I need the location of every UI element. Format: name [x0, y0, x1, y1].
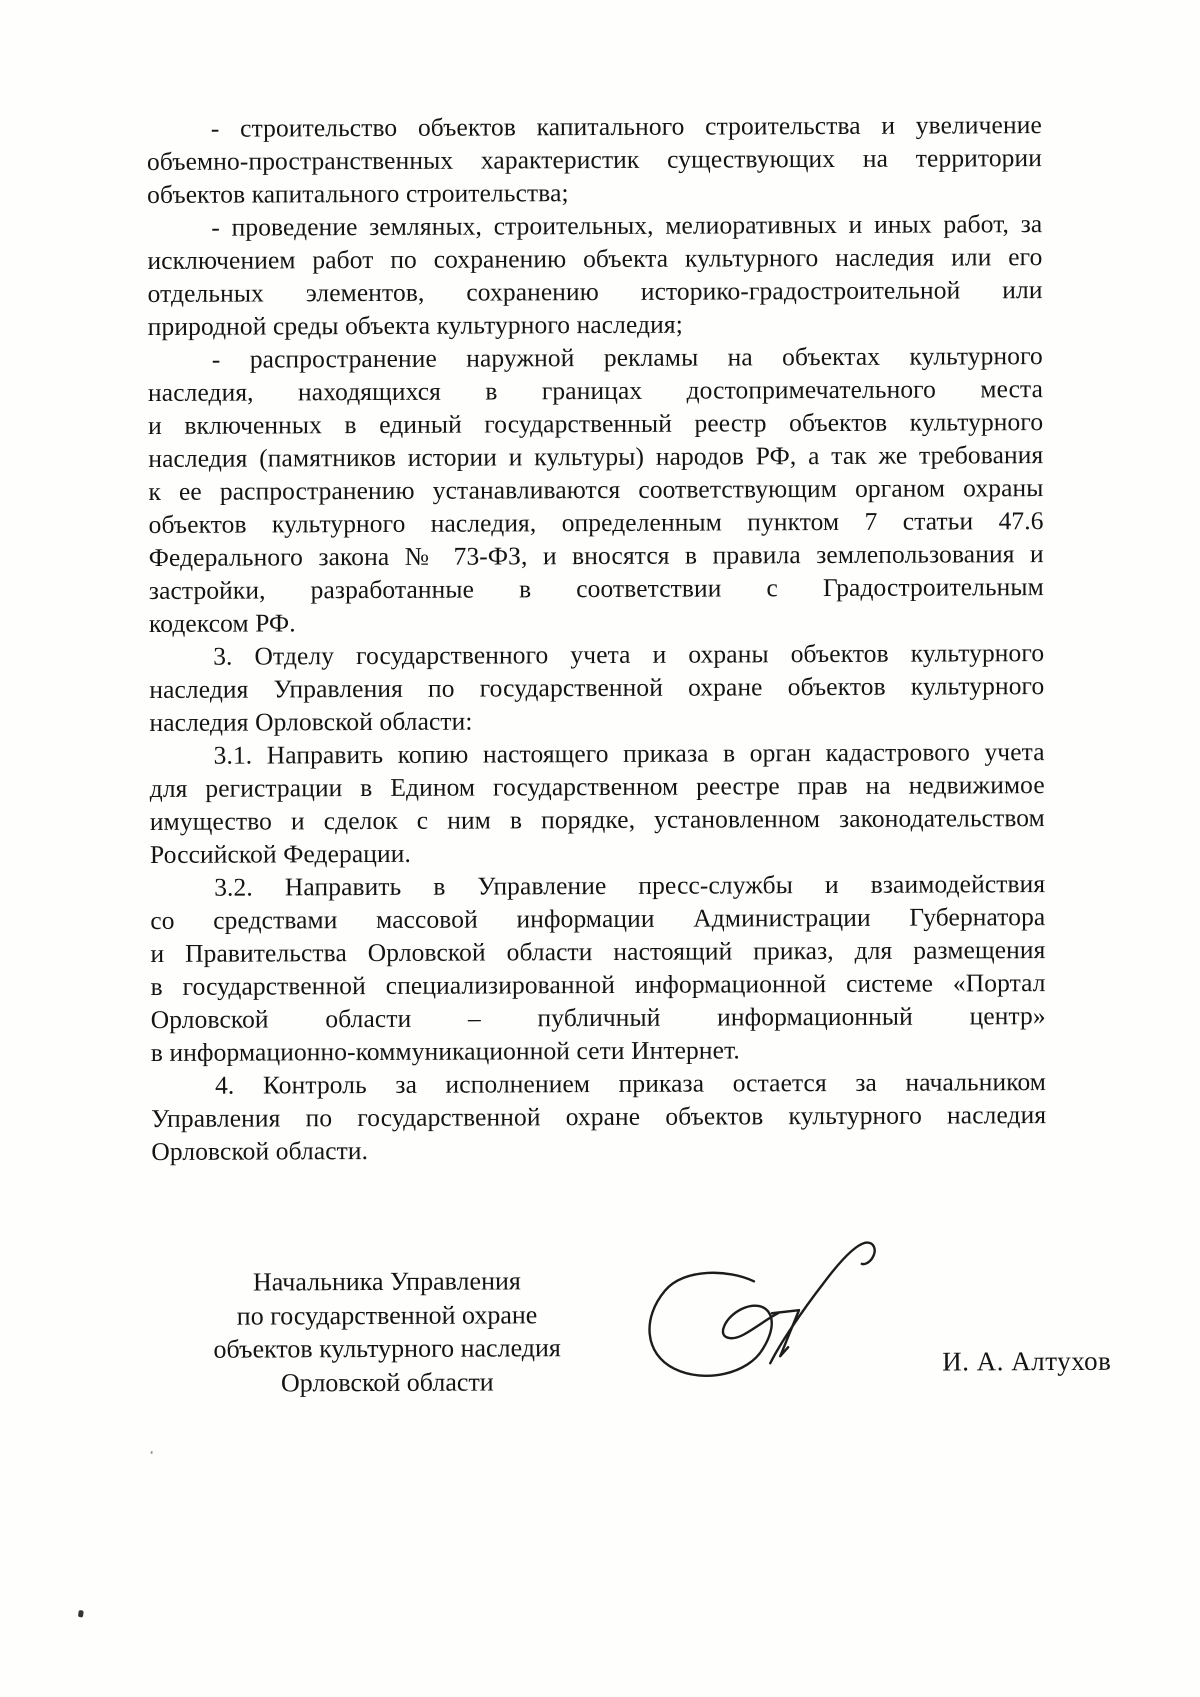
text-line: к ее распространению устанавливаются соо… [148, 471, 1043, 508]
text-line: в информационно-коммуникационной сети Ин… [151, 1032, 1046, 1069]
text-line: объектов капитального строительства; [147, 174, 1042, 211]
text-line: наследия Управления по государственной о… [149, 669, 1044, 706]
text-line: Орловской области – публичный информацио… [151, 999, 1046, 1036]
signature-title-block: Начальника Управленияпо государственной … [188, 1264, 587, 1400]
text-line: - строительство объектов капитального ст… [147, 108, 1042, 145]
signature-title-line: по государственной охране [188, 1298, 586, 1333]
text-line: природной среды объекта культурного насл… [148, 306, 1043, 343]
text-line: Российской Федерации. [150, 834, 1045, 871]
paragraph: 3.2. Направить в Управление пресс-службы… [150, 867, 1046, 1069]
text-line: в государственной специализированной инф… [151, 966, 1046, 1003]
text-line: и включенных в единый государственный ре… [148, 405, 1043, 442]
document-body: - строительство объектов капитального ст… [147, 108, 1047, 1168]
signatory-name: И. А. Алтухов [942, 1346, 1111, 1378]
text-line: со средствами массовой информации Админи… [150, 900, 1045, 937]
text-line: наследия, находящихся в границах достопр… [148, 372, 1043, 409]
text-line: объектов культурного наследия, определен… [149, 504, 1044, 541]
text-line: 3. Отделу государственного учета и охран… [149, 636, 1044, 673]
text-line: имущество и сделок с ним в порядке, уста… [150, 801, 1045, 838]
signature-title-line: объектов культурного наследия [188, 1331, 586, 1366]
text-line: для регистрации в Едином государственном… [150, 768, 1045, 805]
scan-content: - строительство объектов капитального ст… [0, 0, 1200, 1697]
text-line: наследия Орловской области: [149, 702, 1044, 739]
paragraph: - проведение земляных, строительных, мел… [147, 207, 1043, 343]
text-line: исключением работ по сохранению объекта … [147, 240, 1042, 277]
text-line: застройки, разработанные в соответствии … [149, 570, 1044, 607]
text-line: Федерального закона № 73-ФЗ, и вносятся … [149, 537, 1044, 574]
paragraph: - распространение наружной рекламы на об… [148, 339, 1044, 640]
paragraph: 3. Отделу государственного учета и охран… [149, 636, 1044, 739]
signature-title-line: Начальника Управления [188, 1264, 586, 1299]
text-line: - распространение наружной рекламы на об… [148, 339, 1043, 376]
paragraph: 3.1. Направить копию настоящего приказа … [150, 735, 1046, 871]
text-line: 4. Контроль за исполнением приказа остае… [151, 1065, 1046, 1102]
signature-icon [579, 1127, 880, 1388]
text-line: наследия (памятников истории и культуры)… [148, 438, 1043, 475]
scan-speck [150, 1451, 152, 1454]
text-line: 3.2. Направить в Управление пресс-службы… [150, 867, 1045, 904]
paragraph: - строительство объектов капитального ст… [147, 108, 1042, 211]
text-line: кодексом РФ. [149, 603, 1044, 640]
text-line: и Правительства Орловской области настоя… [150, 933, 1045, 970]
text-line: - проведение земляных, строительных, мел… [147, 207, 1042, 244]
scan-speck [78, 1610, 84, 1618]
scanned-document-page: - строительство объектов капитального ст… [0, 0, 1200, 1697]
text-line: отдельных элементов, сохранению историко… [148, 273, 1043, 310]
text-line: объемно-пространственных характеристик с… [147, 141, 1042, 178]
text-line: 3.1. Направить копию настоящего приказа … [150, 735, 1045, 772]
signature-title-line: Орловской области [188, 1365, 586, 1400]
